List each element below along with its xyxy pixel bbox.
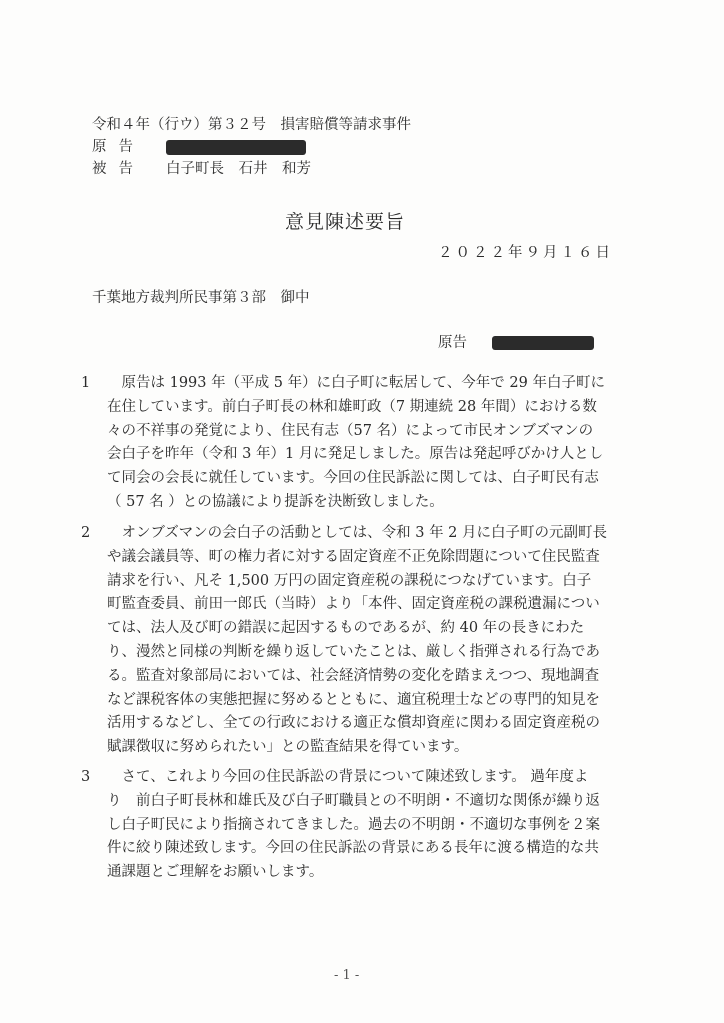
plaintiff-label: 原告 xyxy=(92,136,166,158)
redacted-signature-name xyxy=(492,336,594,350)
paragraph-line: オンブズマンの会白子の活動としては、令和 3 年 2 月に白子町の元副町長 xyxy=(107,522,655,546)
paragraph-number: 2 xyxy=(81,522,90,546)
signature-line: 原告 xyxy=(438,331,594,352)
paragraph-line: 々の不祥事の発覚により、住民有志（57 名）によって市民オンブズマンの xyxy=(107,420,655,444)
paragraph-line: や議会議員等、町の権力者に対する固定資産不正免除問題について住民監査 xyxy=(107,546,655,570)
document-title: 意見陳述要旨 xyxy=(285,207,405,234)
signature-label: 原告 xyxy=(438,335,467,351)
paragraph-line: 請求を行い、凡そ 1,500 万円の固定資産税の課税につなげています。白子 xyxy=(107,570,655,594)
paragraph-number: 1 xyxy=(81,372,90,396)
page-number: - 1 - xyxy=(334,968,359,983)
paragraph-line: 活用するなどし、全ての行政における適正な償却資産に関わる固定資産税の xyxy=(107,712,655,736)
defendant-line: 被告白子町長 石井 和芳 xyxy=(92,158,411,180)
case-header: 令和４年（行ウ）第３２号 損害賠償等請求事件 原告 被告白子町長 石井 和芳 xyxy=(92,114,411,180)
paragraph-1: 1 原告は 1993 年（平成 5 年）に白子町に転居して、今年で 29 年白子… xyxy=(107,372,655,515)
paragraph-line: り 前白子町長林和雄氏及び白子町職員との不明朗・不適切な関係が繰り返 xyxy=(107,790,655,814)
paragraph-line: て同会の会長に就任しています。今回の住民訴訟に関しては、白子町民有志 xyxy=(107,467,655,491)
paragraph-line: し白子町民により指摘されてきました。過去の不明朗・不適切な事例を２案 xyxy=(107,814,655,838)
paragraph-line: 原告は 1993 年（平成 5 年）に白子町に転居して、今年で 29 年白子町に xyxy=(107,372,655,396)
paragraph-line: （ 57 名 ）との協議により提訴を決断致しました。 xyxy=(107,491,655,515)
paragraph-line: 在住しています。前白子町長の林和雄町政（7 期連続 28 年間）における数 xyxy=(107,396,655,420)
paragraph-line: り、漫然と同様の判断を繰り返していたことは、厳しく指弾される行為であ xyxy=(107,641,655,665)
paragraph-number: 3 xyxy=(81,766,90,790)
paragraph-line: 会白子を昨年（令和 3 年）1 月に発足しました。原告は発起呼びかけ人とし xyxy=(107,443,655,467)
paragraph-line: 通課題とご理解をお願いします。 xyxy=(107,861,655,885)
paragraph-line: る。監査対象部局においては、社会経済情勢の変化を踏まえつつ、現地調査 xyxy=(107,665,655,689)
paragraph-line: 賦課徴収に努められたい」との監査結果を得ています。 xyxy=(107,736,655,760)
paragraph-3: 3 さて、これより今回の住民訴訟の背景について陳述致します。 過年度よ り 前白… xyxy=(107,766,655,885)
paragraph-line: 件に絞り陳述致します。今回の住民訴訟の背景にある長年に渡る構造的な共 xyxy=(107,837,655,861)
paragraph-line: 町監査委員、前田一郎氏（当時）より「本件、固定資産税の課税遺漏につい xyxy=(107,593,655,617)
defendant-name: 白子町長 石井 和芳 xyxy=(166,161,311,177)
paragraph-line: など課税客体の実態把握に努めるとともに、適宜税理士などの専門的知見を xyxy=(107,689,655,713)
court-addressee: 千葉地方裁判所民事第３部 御中 xyxy=(92,286,310,307)
case-number-line: 令和４年（行ウ）第３２号 損害賠償等請求事件 xyxy=(92,114,411,136)
paragraph-line: さて、これより今回の住民訴訟の背景について陳述致します。 過年度よ xyxy=(107,766,655,790)
plaintiff-line: 原告 xyxy=(92,136,411,158)
document-date: ２０２２年９月１６日 xyxy=(438,241,613,262)
paragraph-line: ては、法人及び町の錯誤に起因するものであるが、約 40 年の長きにわた xyxy=(107,617,655,641)
paragraph-2: 2 オンブズマンの会白子の活動としては、令和 3 年 2 月に白子町の元副町長 … xyxy=(107,522,655,760)
redacted-plaintiff-name xyxy=(166,140,306,155)
defendant-label: 被告 xyxy=(92,158,166,180)
